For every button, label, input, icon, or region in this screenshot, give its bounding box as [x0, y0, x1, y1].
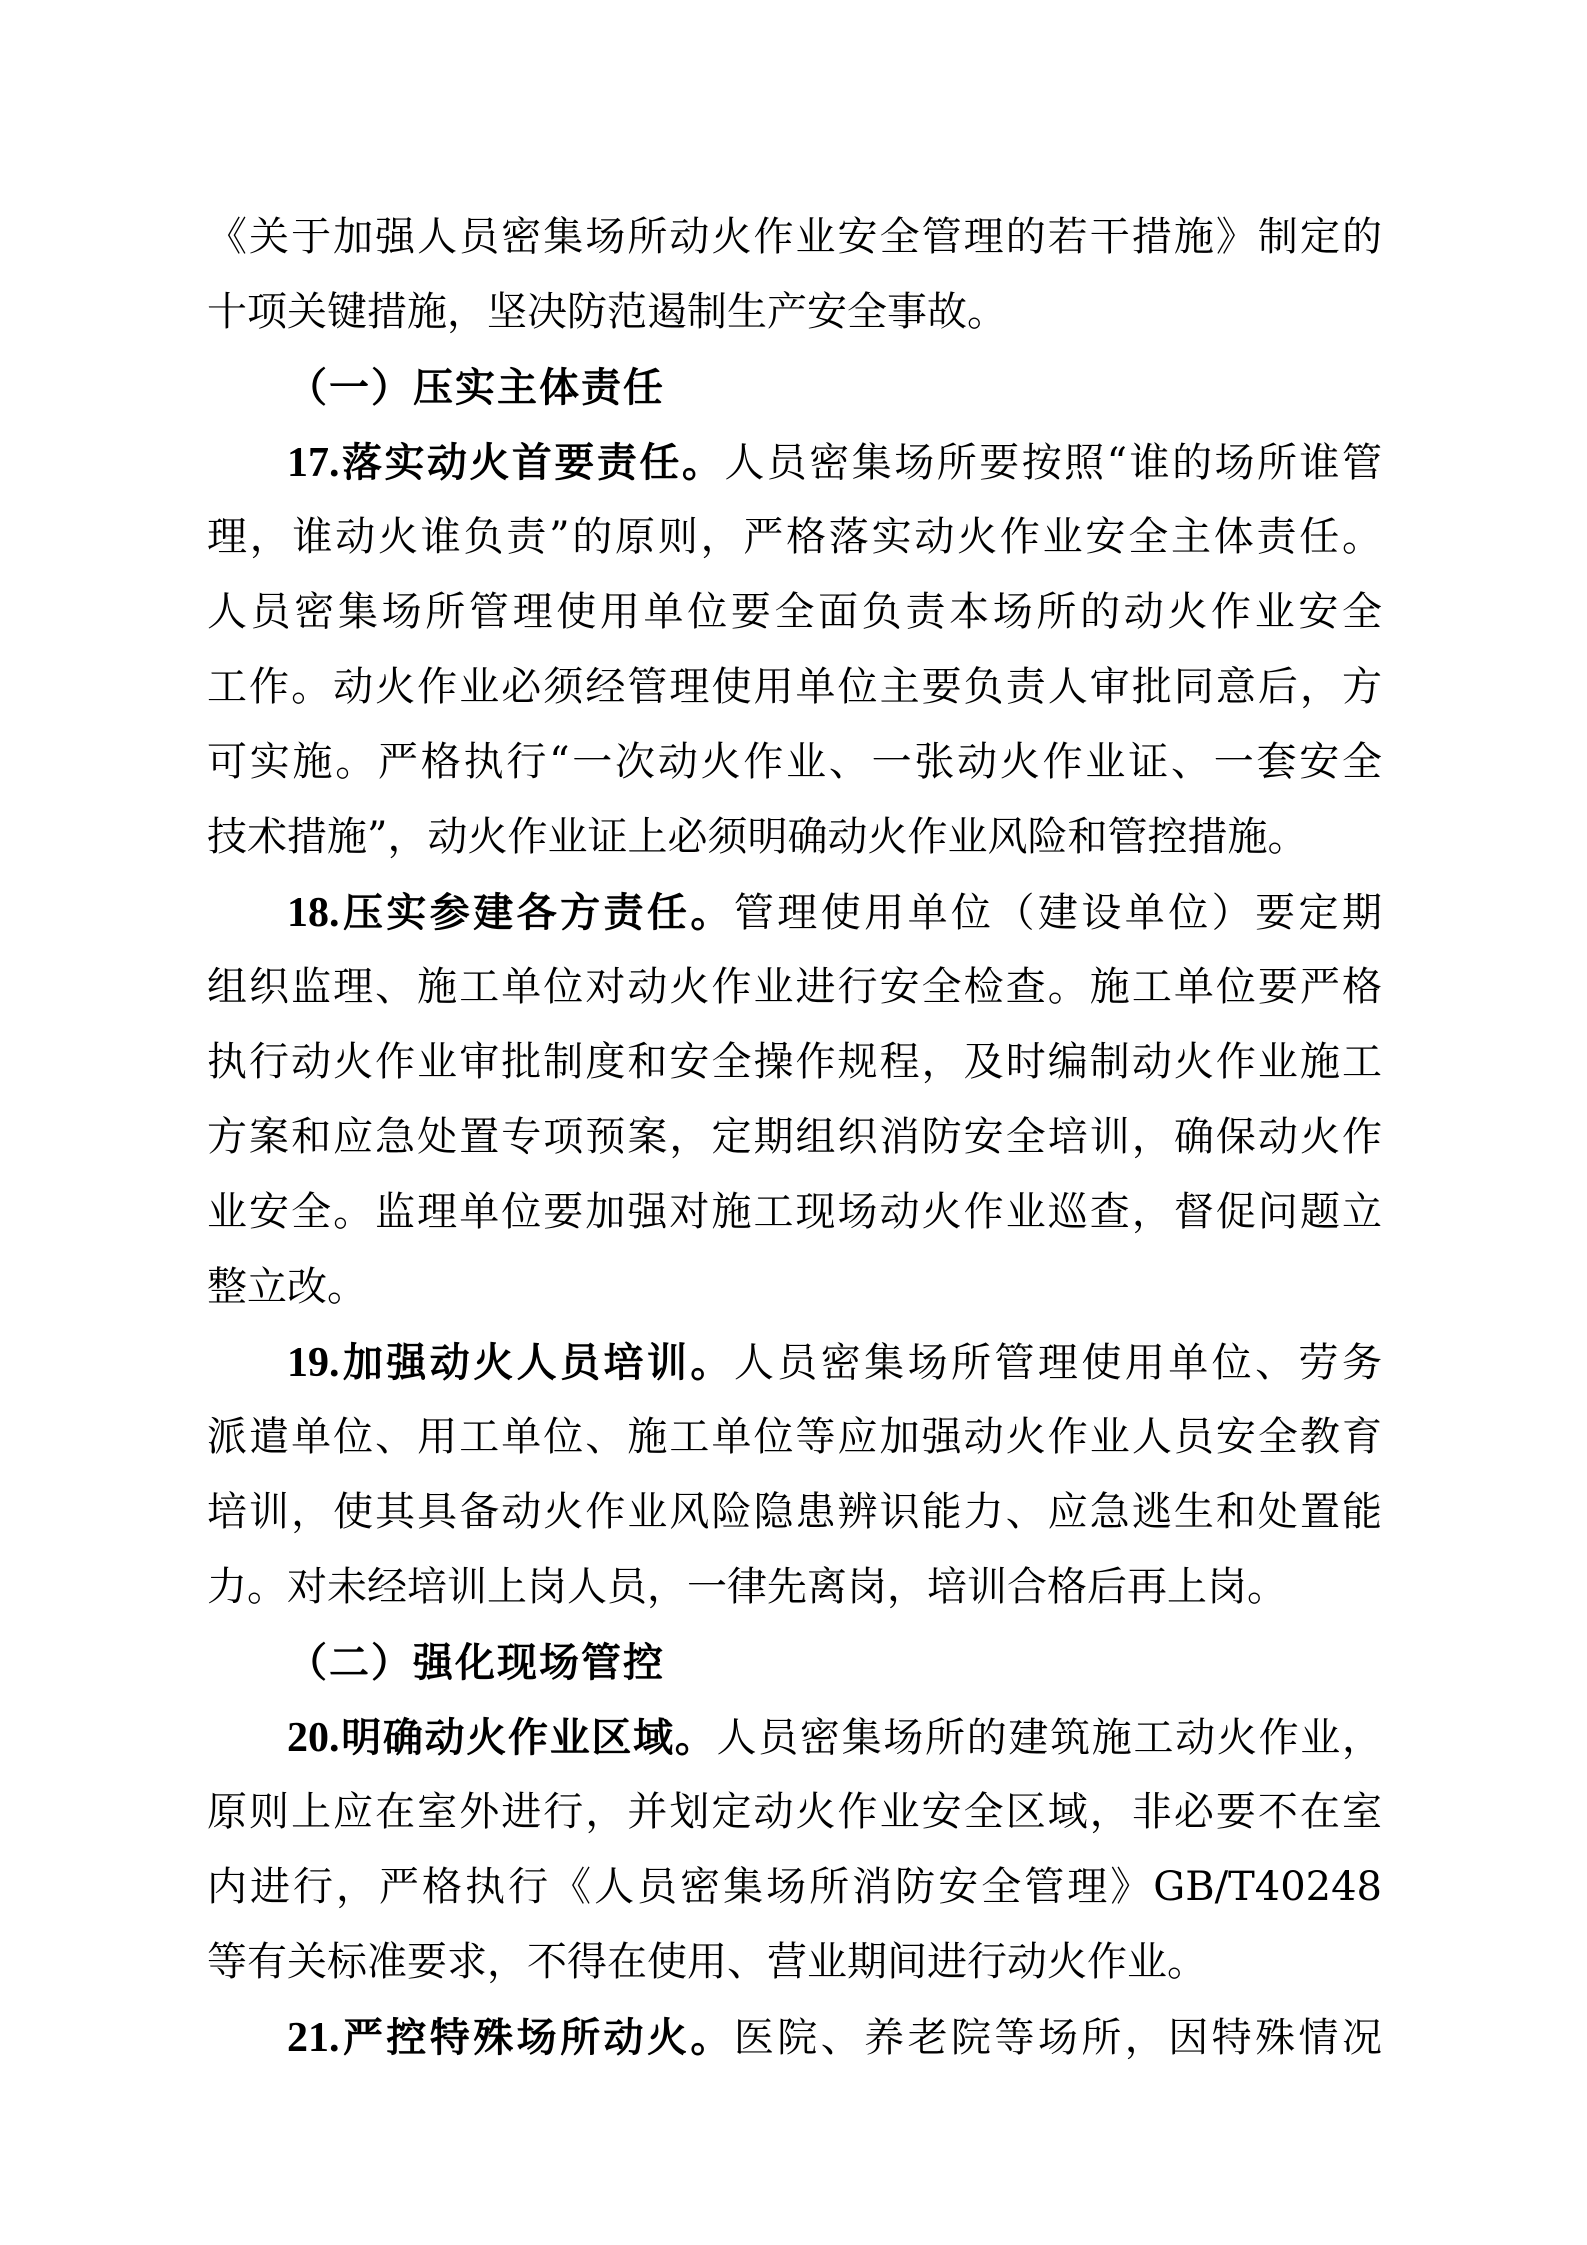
- item-21-first-line: 21.严控特殊场所动火。医院、养老院等场所，因特殊情况: [207, 2000, 1382, 2075]
- item-19-first-line: 19.加强动火人员培训。人员密集场所管理使用单位、劳务: [207, 1325, 1382, 1400]
- item-number: 17.: [287, 440, 340, 486]
- item-18-first-line: 18.压实参建各方责任。管理使用单位（建设单位）要定期: [207, 875, 1382, 950]
- item-title: 明确动火作业区域。: [340, 1714, 717, 1761]
- item-text: 人员密集场所管理使用单位、劳务: [734, 1340, 1382, 1386]
- item-17-line: 可实施。严格执行“一次动火作业、一张动火作业证、一套安全: [207, 725, 1382, 800]
- item-17-line: 技术措施”，动火作业证上必须明确动火作业风险和管控措施。: [207, 800, 1382, 875]
- item-19-line: 力。对未经培训上岗人员，一律先离岗，培训合格后再上岗。: [207, 1550, 1382, 1625]
- item-text: 人员密集场所要按照“谁的场所谁管: [724, 440, 1382, 486]
- item-17-line: 人员密集场所管理使用单位要全面负责本场所的动火作业安全: [207, 575, 1382, 650]
- intro-line-2: 十项关键措施，坚决防范遏制生产安全事故。: [207, 275, 1382, 350]
- item-18-line: 整立改。: [207, 1250, 1382, 1325]
- item-number: 18.: [287, 890, 340, 936]
- item-18-line: 组织监理、施工单位对动火作业进行安全检查。施工单位要严格: [207, 950, 1382, 1025]
- item-18-line: 业安全。监理单位要加强对施工现场动火作业巡查，督促问题立: [207, 1175, 1382, 1250]
- item-20-line: 内进行，严格执行《人员密集场所消防安全管理》GB/T40248: [207, 1850, 1382, 1925]
- item-title: 压实参建各方责任。: [340, 889, 734, 936]
- item-20-line: 等有关标准要求，不得在使用、营业期间进行动火作业。: [207, 1925, 1382, 2000]
- item-title: 落实动火首要责任。: [340, 439, 725, 486]
- item-text: 医院、养老院等场所，因特殊情况: [734, 2015, 1382, 2061]
- item-number: 20.: [287, 1715, 340, 1761]
- item-text: 管理使用单位（建设单位）要定期: [734, 890, 1382, 936]
- intro-line-1: 《关于加强人员密集场所动火作业安全管理的若干措施》制定的: [207, 200, 1382, 275]
- item-17-first-line: 17.落实动火首要责任。人员密集场所要按照“谁的场所谁管: [207, 425, 1382, 500]
- item-18-line: 执行动火作业审批制度和安全操作规程，及时编制动火作业施工: [207, 1025, 1382, 1100]
- item-18-line: 方案和应急处置专项预案，定期组织消防安全培训，确保动火作: [207, 1100, 1382, 1175]
- item-17-line: 工作。动火作业必须经管理使用单位主要负责人审批同意后，方: [207, 650, 1382, 725]
- document-page: 《关于加强人员密集场所动火作业安全管理的若干措施》制定的 十项关键措施，坚决防范…: [207, 200, 1382, 2075]
- item-20-line: 原则上应在室外进行，并划定动火作业安全区域，非必要不在室: [207, 1775, 1382, 1850]
- item-17-line: 理，谁动火谁负责”的原则，严格落实动火作业安全主体责任。: [207, 500, 1382, 575]
- section-heading-2: （二）强化现场管控: [207, 1625, 1382, 1700]
- item-title: 严控特殊场所动火。: [340, 2014, 734, 2061]
- item-19-line: 培训，使其具备动火作业风险隐患辨识能力、应急逃生和处置能: [207, 1475, 1382, 1550]
- item-number: 21.: [287, 2015, 340, 2061]
- item-text: 人员密集场所的建筑施工动火作业，: [717, 1715, 1383, 1761]
- item-20-first-line: 20.明确动火作业区域。人员密集场所的建筑施工动火作业，: [207, 1700, 1382, 1775]
- item-title: 加强动火人员培训。: [340, 1339, 734, 1386]
- item-number: 19.: [287, 1340, 340, 1386]
- item-19-line: 派遣单位、用工单位、施工单位等应加强动火作业人员安全教育: [207, 1400, 1382, 1475]
- section-heading-1: （一）压实主体责任: [207, 350, 1382, 425]
